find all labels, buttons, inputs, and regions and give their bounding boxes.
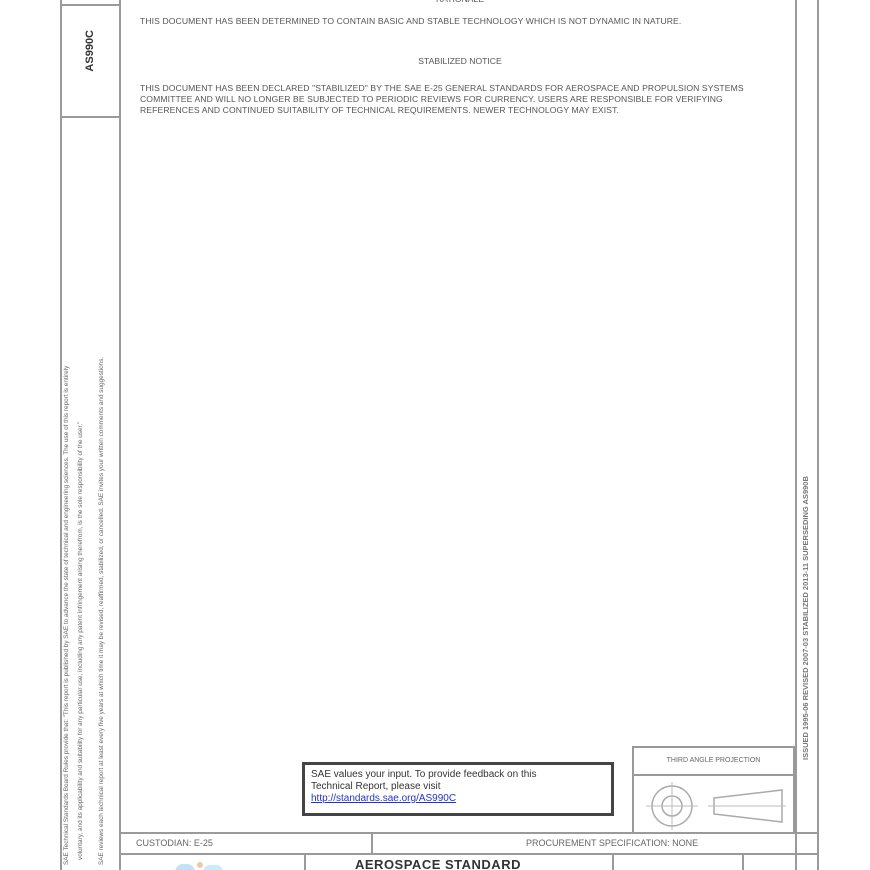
disclaimer-line-1: SAE Technical Standards Board Rules prov… (63, 130, 70, 865)
title-block-divider-2 (304, 854, 306, 870)
projection-block: THIRD ANGLE PROJECTION (632, 746, 795, 834)
docid-box-bottom (60, 116, 120, 118)
right-inner-border (795, 0, 797, 870)
left-outer-border (60, 0, 62, 870)
feedback-box: SAE values your input. To provide feedba… (302, 762, 614, 816)
procurement-label: PROCUREMENT SPECIFICATION: NONE (526, 838, 698, 848)
title-block-divider-1 (371, 832, 373, 854)
feedback-line-1: SAE values your input. To provide feedba… (311, 769, 605, 781)
left-inner-border (119, 0, 121, 870)
feedback-link[interactable]: http://standards.sae.org/AS990C (311, 793, 456, 804)
standard-title: AEROSPACE STANDARD (355, 857, 521, 870)
title-block-row2 (119, 853, 819, 855)
stabilized-notice-heading: STABILIZED NOTICE (370, 56, 550, 66)
disclaimer-line-3: SAE reviews each technical report at lea… (98, 130, 105, 865)
custodian-label: CUSTODIAN: E-25 (136, 838, 213, 848)
sae-logo (175, 860, 225, 870)
feedback-line-2: Technical Report, please visit (311, 781, 605, 793)
revision-info: ISSUED 1995-06 REVISED 2007-03 STABILIZE… (801, 320, 810, 760)
doc-number: AS990C (84, 30, 96, 72)
title-block-divider-3 (612, 854, 614, 870)
right-outer-border (817, 0, 819, 870)
third-angle-projection-icon (634, 776, 793, 834)
disclaimer-line-2: voluntary, and its applicability and sui… (77, 240, 84, 860)
projection-title: THIRD ANGLE PROJECTION (634, 748, 793, 776)
rationale-heading: RATIONALE (380, 0, 540, 4)
title-block-divider-4 (742, 854, 744, 870)
rationale-text: THIS DOCUMENT HAS BEEN DETERMINED TO CON… (140, 16, 740, 27)
title-block-top (119, 832, 819, 834)
docid-box-top (60, 4, 120, 6)
stabilized-notice-text: THIS DOCUMENT HAS BEEN DECLARED "STABILI… (140, 83, 772, 116)
